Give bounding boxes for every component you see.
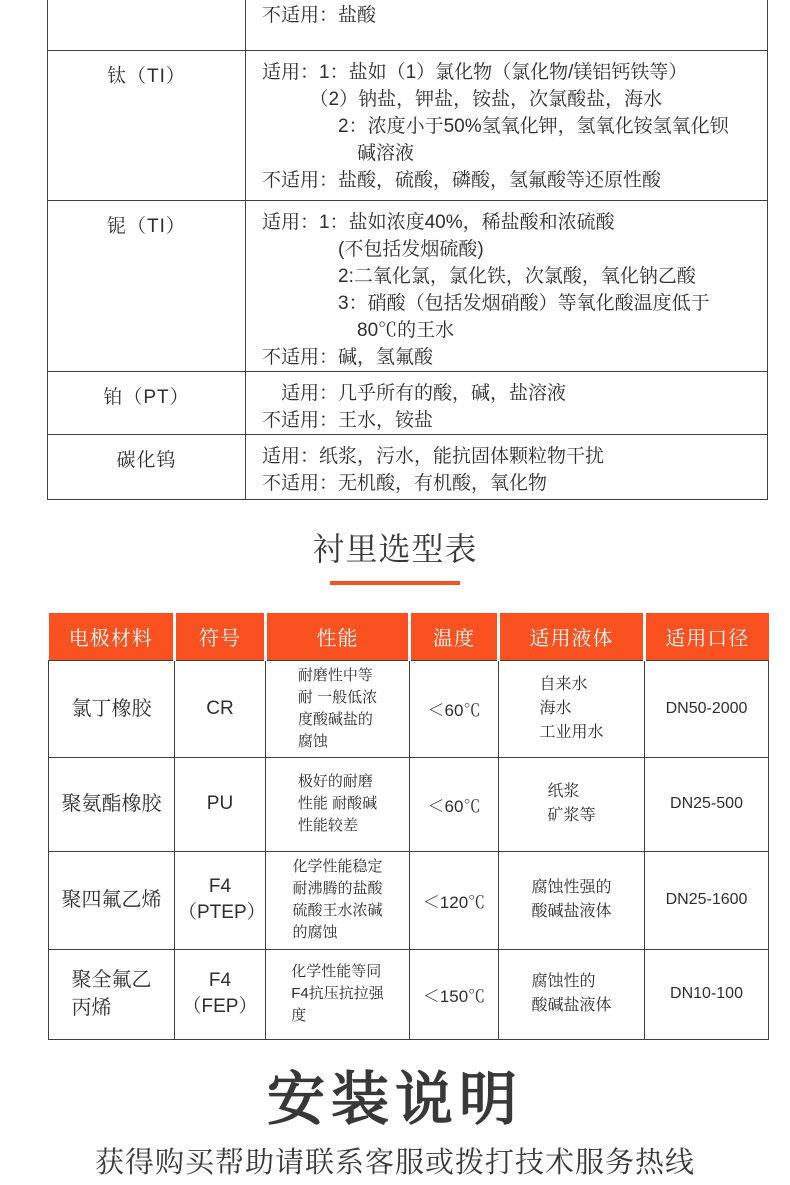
- performance-cell: 化学性能稳定 耐沸腾的盐酸 硫酸王水浓碱 的腐蚀: [266, 851, 410, 949]
- electrode-detail-cell: 适用：1：盐如（1）氯化物（氯化物/镁铝钙铁等） （2）钠盐，钾盐，铵盐，次氯酸…: [246, 50, 768, 200]
- install-section-title: 安装说明: [0, 1052, 790, 1136]
- table-row: 聚氨酯橡胶 PU 极好的耐磨 性能 耐酸碱 性能较差 ＜60℃ 纸浆 矿浆等 D…: [49, 757, 769, 851]
- liquids-cell: 腐蚀性的 酸碱盐液体: [499, 949, 645, 1039]
- diameter-cell: DN25-500: [645, 757, 769, 851]
- liquids-text: 腐蚀性的 酸碱盐液体: [531, 970, 611, 1018]
- material-cell: 聚全氟乙 丙烯: [49, 949, 175, 1039]
- electrode-detail-cell: 适用：几乎所有的酸，碱，盐溶液 不适用：王水，铵盐: [246, 371, 768, 434]
- table-header-row: 电极材料 符号 性能 温度 适用液体 适用口径: [49, 613, 769, 660]
- performance-cell: 耐磨性中等 耐 一般低浓 度酸碱盐的 腐蚀: [266, 660, 410, 757]
- table-row: 碳化钨 适用：纸浆，污水，能抗固体颗粒物干扰 不适用：无机酸，有机酸，氧化物: [48, 434, 768, 499]
- electrode-detail-cell: 不适用：盐酸: [246, 0, 768, 50]
- diameter-cell: DN50-2000: [645, 660, 769, 757]
- header-temperature: 温度: [410, 613, 499, 660]
- temperature-cell: ＜60℃: [410, 757, 499, 851]
- performance-cell: 化学性能等同 F4抗压抗拉强 度: [266, 949, 410, 1039]
- header-electrode-material: 电极材料: [49, 613, 175, 660]
- performance-text: 极好的耐磨 性能 耐酸碱 性能较差: [298, 771, 377, 837]
- symbol-cell: F4 （FEP）: [175, 949, 266, 1039]
- temperature-cell: ＜120℃: [410, 851, 499, 949]
- electrode-detail-cell: 适用：纸浆，污水，能抗固体颗粒物干扰 不适用：无机酸，有机酸，氧化物: [246, 434, 768, 499]
- electrode-suitability-table: 不适用：盐酸 钛（TI） 适用：1：盐如（1）氯化物（氯化物/镁铝钙铁等） （2…: [47, 0, 768, 500]
- table-row: 氯丁橡胶 CR 耐磨性中等 耐 一般低浓 度酸碱盐的 腐蚀 ＜60℃ 自来水 海…: [49, 660, 769, 757]
- header-applicable-liquid: 适用液体: [499, 613, 645, 660]
- install-section-subtitle: 获得购买帮助请联系客服或拨打技术服务热线: [0, 1140, 790, 1181]
- product-detail-page: 不适用：盐酸 钛（TI） 适用：1：盐如（1）氯化物（氯化物/镁铝钙铁等） （2…: [0, 0, 790, 1185]
- material-text: 聚全氟乙 丙烯: [72, 966, 152, 1022]
- table-row: 聚四氟乙烯 F4 （PTEP） 化学性能稳定 耐沸腾的盐酸 硫酸王水浓碱 的腐蚀…: [49, 851, 769, 949]
- electrode-material-cell: 铌（TI）: [48, 200, 246, 371]
- electrode-material-cell: 钛（TI）: [48, 50, 246, 200]
- electrode-detail-cell: 适用：1：盐如浓度40%，稀盐酸和浓硫酸 (不包括发烟硫酸) 2:二氧化氯，氯化…: [246, 200, 768, 371]
- liquids-text: 自来水 海水 工业用水: [539, 673, 603, 745]
- material-cell: 聚氨酯橡胶: [49, 757, 175, 851]
- material-text: 氯丁橡胶: [72, 695, 152, 723]
- material-cell: 聚四氟乙烯: [49, 851, 175, 949]
- performance-text: 化学性能稳定 耐沸腾的盐酸 硫酸王水浓碱 的腐蚀: [292, 856, 382, 944]
- symbol-cell: F4 （PTEP）: [175, 851, 266, 949]
- table-row: 钛（TI） 适用：1：盐如（1）氯化物（氯化物/镁铝钙铁等） （2）钠盐，钾盐，…: [48, 50, 768, 200]
- temperature-cell: ＜60℃: [410, 660, 499, 757]
- table-row: 铂（PT） 适用：几乎所有的酸，碱，盐溶液 不适用：王水，铵盐: [48, 371, 768, 434]
- material-text: 聚四氟乙烯: [62, 886, 162, 914]
- liquids-text: 纸浆 矿浆等: [547, 780, 595, 828]
- electrode-material-cell: [48, 0, 246, 50]
- material-cell: 氯丁橡胶: [49, 660, 175, 757]
- symbol-cell: CR: [175, 660, 266, 757]
- diameter-cell: DN25-1600: [645, 851, 769, 949]
- liquids-cell: 纸浆 矿浆等: [499, 757, 645, 851]
- lining-selection-table: 电极材料 符号 性能 温度 适用液体 适用口径 氯丁橡胶 CR 耐磨性中等 耐 …: [48, 613, 769, 1040]
- performance-cell: 极好的耐磨 性能 耐酸碱 性能较差: [266, 757, 410, 851]
- electrode-material-cell: 碳化钨: [48, 434, 246, 499]
- diameter-cell: DN10-100: [645, 949, 769, 1039]
- performance-text: 化学性能等同 F4抗压抗拉强 度: [291, 961, 384, 1027]
- liquids-cell: 自来水 海水 工业用水: [499, 660, 645, 757]
- header-applicable-diameter: 适用口径: [645, 613, 769, 660]
- table-row: 聚全氟乙 丙烯 F4 （FEP） 化学性能等同 F4抗压抗拉强 度 ＜150℃ …: [49, 949, 769, 1039]
- liquids-text: 腐蚀性强的 酸碱盐液体: [531, 876, 611, 924]
- table-row: 不适用：盐酸: [48, 0, 768, 50]
- header-performance: 性能: [266, 613, 410, 660]
- electrode-material-cell: 铂（PT）: [48, 371, 246, 434]
- symbol-cell: PU: [175, 757, 266, 851]
- header-symbol: 符号: [175, 613, 266, 660]
- material-text: 聚氨酯橡胶: [62, 790, 162, 818]
- temperature-cell: ＜150℃: [410, 949, 499, 1039]
- table-row: 铌（TI） 适用：1：盐如浓度40%，稀盐酸和浓硫酸 (不包括发烟硫酸) 2:二…: [48, 200, 768, 371]
- title-underline-divider: [330, 581, 460, 585]
- liquids-cell: 腐蚀性强的 酸碱盐液体: [499, 851, 645, 949]
- performance-text: 耐磨性中等 耐 一般低浓 度酸碱盐的 腐蚀: [298, 665, 377, 753]
- lining-section-title: 衬里选型表: [0, 524, 790, 570]
